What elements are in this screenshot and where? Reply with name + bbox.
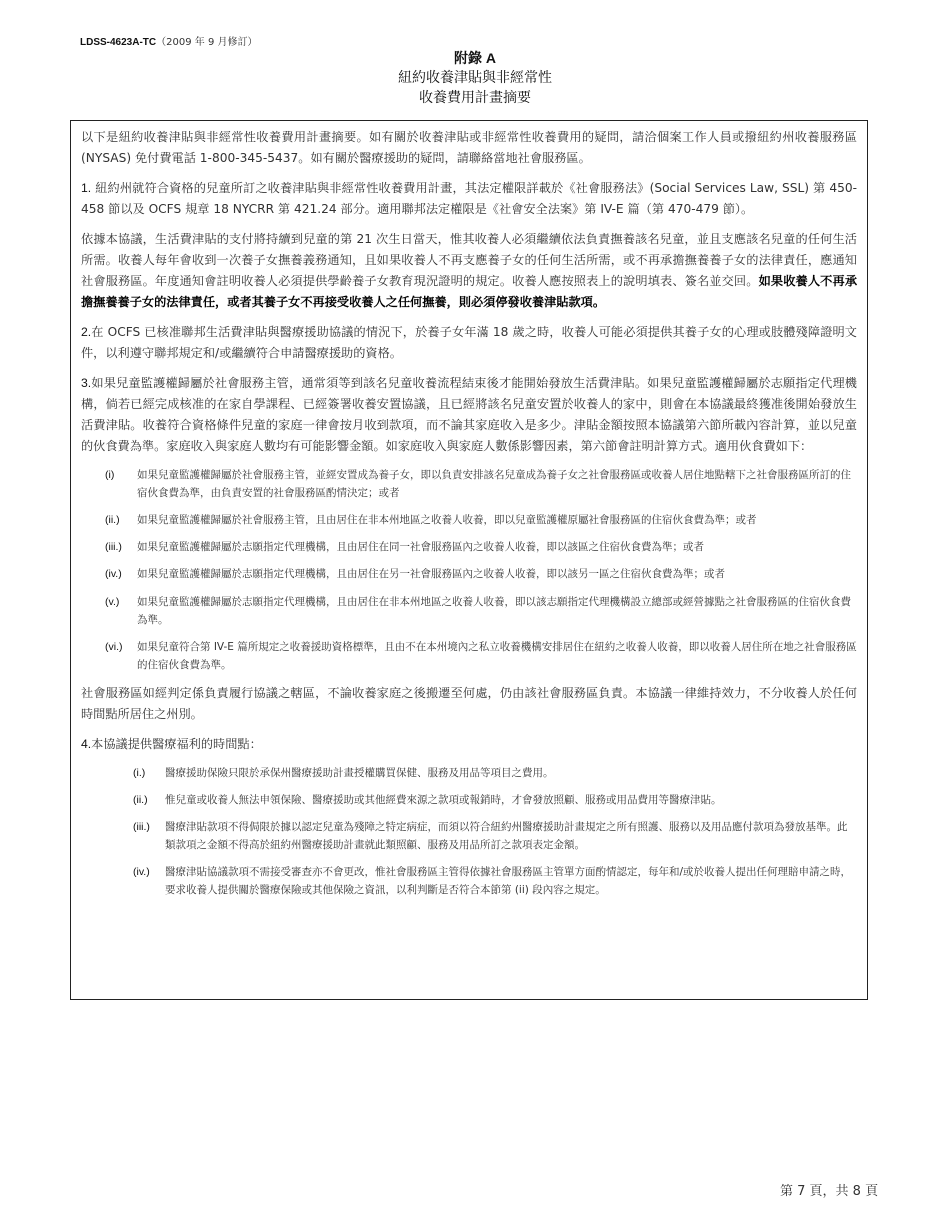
list-item-text: 如果兒童監護權歸屬於社會服務主管，且由居住在非本州地區之收養人收養，即以兒童監護… bbox=[135, 511, 857, 529]
section-2: 2.在 OCFS 已核准聯邦生活費津貼與醫療援助協議的情況下，於養子女年滿 18… bbox=[81, 322, 857, 364]
section-3: 3.如果兒童監護權歸屬於社會服務主管，通常須等到該名兒童收養流程結束後才能開始發… bbox=[81, 373, 857, 457]
list-item-text: 如果兒童監護權歸屬於志願指定代理機構，且由居住在另一社會服務區內之收養人收養，即… bbox=[135, 565, 857, 583]
list-item-text: 醫療援助保險只限於承保州醫療援助計畫授權購買保健、服務及用品等項目之費用。 bbox=[163, 764, 857, 782]
form-identifier: LDSS-4623A-TC（2009 年 9 月修訂） bbox=[80, 33, 258, 48]
list-item-label: (iii.) bbox=[81, 538, 135, 556]
section-4-list: (i.)醫療援助保險只限於承保州醫療援助計畫授權購買保健、服務及用品等項目之費用… bbox=[81, 764, 857, 899]
list-item-label: (iii.) bbox=[81, 818, 163, 854]
intro-paragraph: 以下是紐約收養津貼與非經常性收養費用計畫摘要。如有關於收養津貼或非經常性收養費用… bbox=[81, 127, 857, 169]
list-item-label: (i) bbox=[81, 466, 135, 502]
list-item: (iv.)如果兒童監護權歸屬於志願指定代理機構，且由居住在另一社會服務區內之收養… bbox=[81, 565, 857, 583]
section-2-text: 在 OCFS 已核准聯邦生活費津貼與醫療援助協議的情況下，於養子女年滿 18 歲… bbox=[81, 325, 857, 360]
section-4: 4.本協議提供醫療福利的時間點： bbox=[81, 734, 857, 755]
list-item-label: (v.) bbox=[81, 593, 135, 629]
section-1-paragraph-2: 依據本協議，生活費津貼的支付將持續到兒童的第 21 次生日當天，惟其收養人必須繼… bbox=[81, 229, 857, 313]
list-item: (iii.)醫療津貼款項不得侷限於據以認定兒童為殘障之特定病症，而須以符合紐約州… bbox=[81, 818, 857, 854]
section-1-number: 1. bbox=[81, 181, 91, 195]
document-title: 附錄 A 紐約收養津貼與非經常性 收養費用計畫摘要 bbox=[0, 48, 950, 108]
list-item: (ii.)惟兒童或收養人無法申領保險、醫療援助或其他經費來源之款項或報銷時，才會… bbox=[81, 791, 857, 809]
form-code: LDSS-4623A-TC bbox=[80, 37, 156, 48]
list-item-text: 如果兒童符合第 IV-E 篇所規定之收養援助資格標準，且由不在本州境內之私立收養… bbox=[135, 638, 857, 674]
list-item: (iv.)醫療津貼協議款項不需接受審查亦不會更改，惟社會服務區主管得依據社會服務… bbox=[81, 863, 857, 899]
list-item: (iii.)如果兒童監護權歸屬於志願指定代理機構，且由居住在同一社會服務區內之收… bbox=[81, 538, 857, 556]
list-item-text: 醫療津貼款項不得侷限於據以認定兒童為殘障之特定病症，而須以符合紐約州醫療援助計畫… bbox=[163, 818, 857, 854]
list-item-text: 如果兒童監護權歸屬於志願指定代理機構，且由居住在非本州地區之收養人收養，即以該志… bbox=[135, 593, 857, 629]
list-item-label: (vi.) bbox=[81, 638, 135, 674]
appendix-label: 附錄 A bbox=[0, 48, 950, 68]
list-item-text: 惟兒童或收養人無法申領保險、醫療援助或其他經費來源之款項或報銷時，才會發放照顧、… bbox=[163, 791, 857, 809]
section-1-para2-text: 依據本協議，生活費津貼的支付將持續到兒童的第 21 次生日當天，惟其收養人必須繼… bbox=[81, 232, 857, 288]
list-item-text: 如果兒童監護權歸屬於志願指定代理機構，且由居住在同一社會服務區內之收養人收養，即… bbox=[135, 538, 857, 556]
section-1-text: 紐約州就符合資格的兒童所訂之收養津貼與非經常性收養費用計畫，其法定權限詳載於《社… bbox=[81, 181, 857, 216]
section-4-text: 本協議提供醫療福利的時間點： bbox=[91, 737, 262, 751]
list-item: (i.)醫療援助保險只限於承保州醫療援助計畫授權購買保健、服務及用品等項目之費用… bbox=[81, 764, 857, 782]
section-2-number: 2. bbox=[81, 325, 91, 339]
section-1: 1. 紐約州就符合資格的兒童所訂之收養津貼與非經常性收養費用計畫，其法定權限詳載… bbox=[81, 178, 857, 220]
form-revision: （2009 年 9 月修訂） bbox=[156, 37, 257, 48]
title-line-1: 紐約收養津貼與非經常性 bbox=[0, 68, 950, 88]
section-3-closing: 社會服務區如經判定係負責履行協議之轄區，不論收養家庭之後搬遷至何處，仍由該社會服… bbox=[81, 683, 857, 725]
section-4-number: 4. bbox=[81, 737, 91, 751]
section-3-text: 如果兒童監護權歸屬於社會服務主管，通常須等到該名兒童收養流程結束後才能開始發放生… bbox=[81, 376, 857, 453]
list-item: (ii.)如果兒童監護權歸屬於社會服務主管，且由居住在非本州地區之收養人收養，即… bbox=[81, 511, 857, 529]
list-item: (vi.)如果兒童符合第 IV-E 篇所規定之收養援助資格標準，且由不在本州境內… bbox=[81, 638, 857, 674]
list-item: (v.)如果兒童監護權歸屬於志願指定代理機構，且由居住在非本州地區之收養人收養，… bbox=[81, 593, 857, 629]
section-3-list: (i)如果兒童監護權歸屬於社會服務主管，並經安置成為養子女，即以負責安排該名兒童… bbox=[81, 466, 857, 674]
list-item-label: (ii.) bbox=[81, 511, 135, 529]
list-item-text: 醫療津貼協議款項不需接受審查亦不會更改，惟社會服務區主管得依據社會服務區主管單方… bbox=[163, 863, 857, 899]
list-item-label: (iv.) bbox=[81, 863, 163, 899]
title-line-2: 收養費用計畫摘要 bbox=[0, 88, 950, 108]
section-3-number: 3. bbox=[81, 376, 91, 390]
list-item: (i)如果兒童監護權歸屬於社會服務主管，並經安置成為養子女，即以負責安排該名兒童… bbox=[81, 466, 857, 502]
list-item-text: 如果兒童監護權歸屬於社會服務主管，並經安置成為養子女，即以負責安排該名兒童成為養… bbox=[135, 466, 857, 502]
summary-box: 以下是紐約收養津貼與非經常性收養費用計畫摘要。如有關於收養津貼或非經常性收養費用… bbox=[70, 120, 868, 1000]
list-item-label: (ii.) bbox=[81, 791, 163, 809]
list-item-label: (i.) bbox=[81, 764, 163, 782]
page-indicator: 第 7 頁，共 8 頁 bbox=[780, 1180, 878, 1199]
list-item-label: (iv.) bbox=[81, 565, 135, 583]
